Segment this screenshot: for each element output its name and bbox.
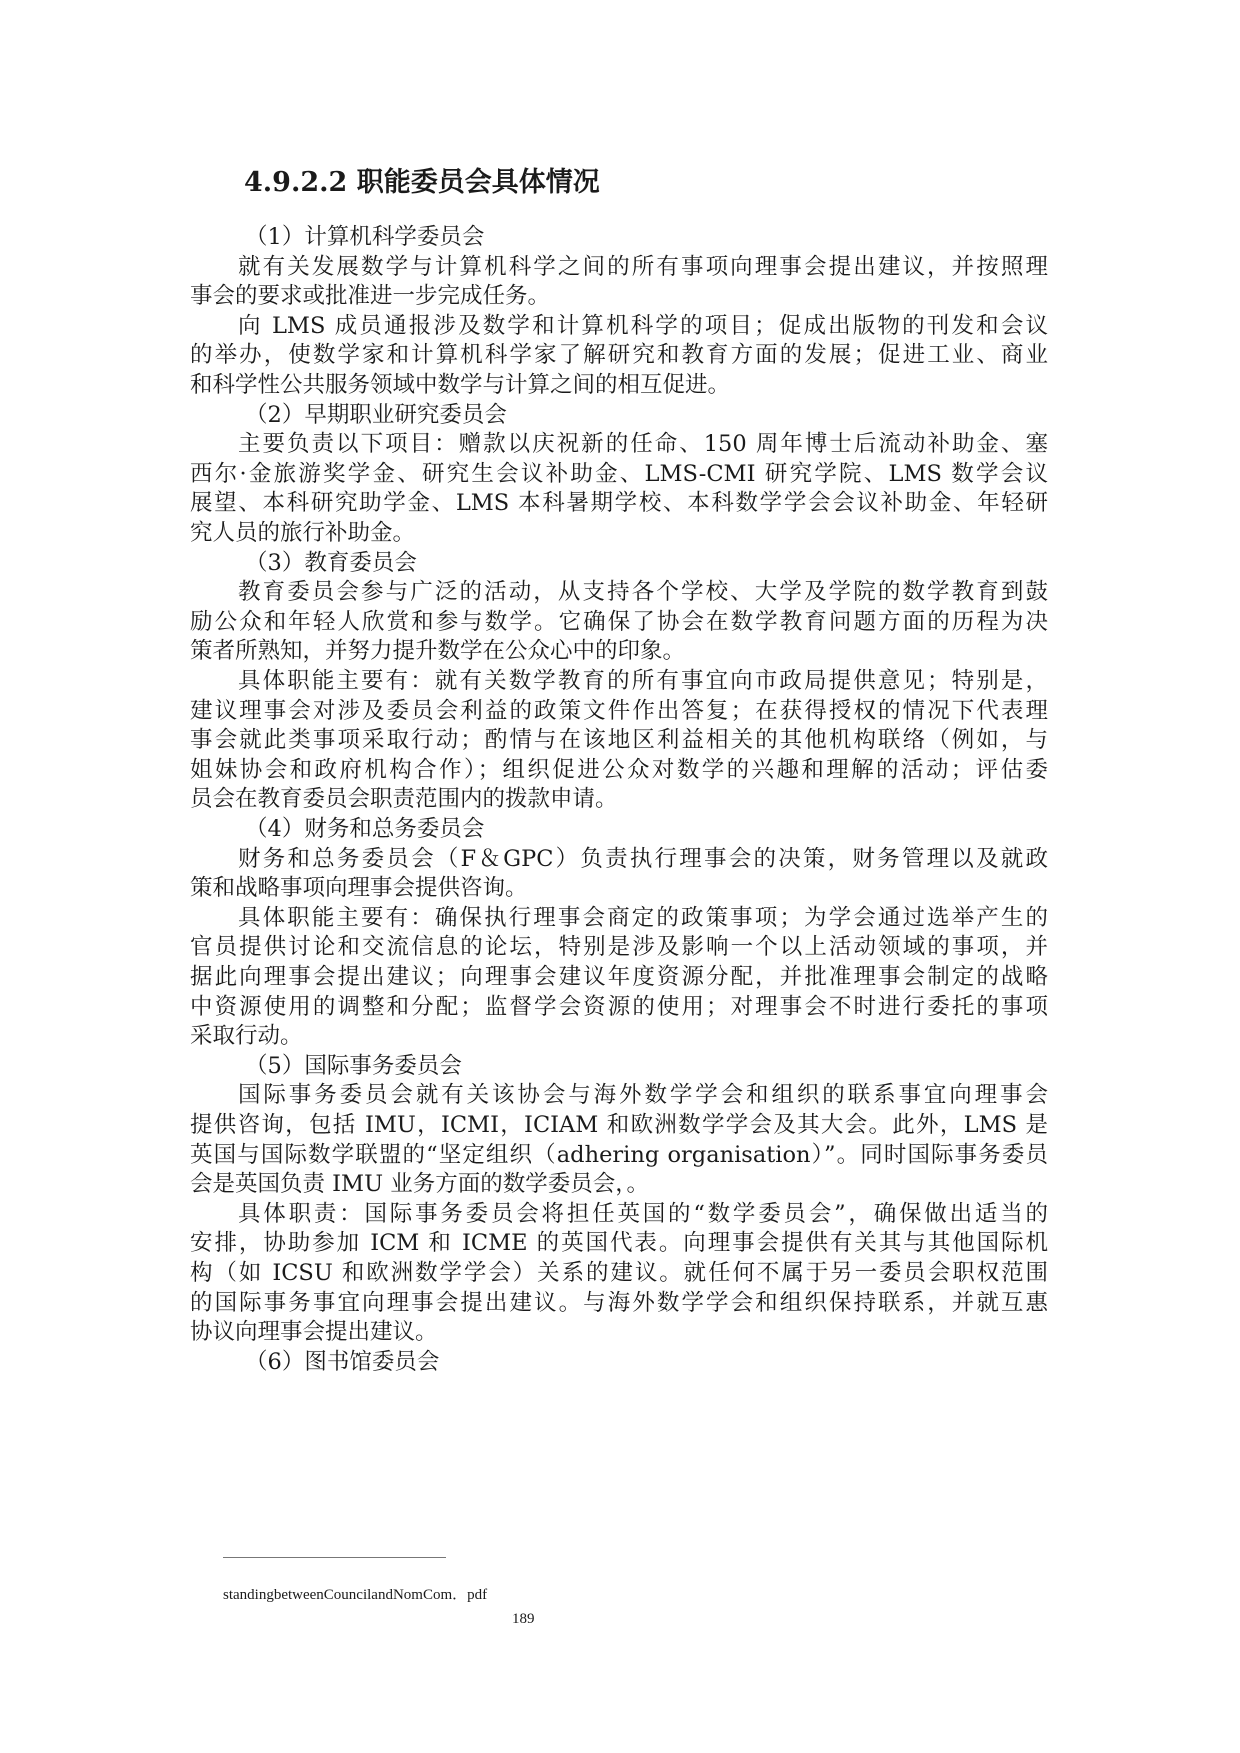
subsection-title: （5）国际事务委员会	[245, 1051, 462, 1081]
text-line: 国际事务委员会就有关该协会与海外数学学会和组织的联系事宜向理事会	[238, 1080, 1048, 1110]
text-line: 教育委员会参与广泛的活动，从支持各个学校、大学及学院的数学教育到鼓	[238, 577, 1048, 607]
text-line: 英国与国际数学联盟的“坚定组织（adhering organisation）”。…	[190, 1140, 1048, 1170]
page-number: 189	[512, 1611, 535, 1628]
subsection-title: （3）教育委员会	[245, 548, 417, 578]
text-line: 策者所熟知，并努力提升数学在公众心中的印象。	[190, 636, 1048, 666]
footnote-divider	[223, 1557, 446, 1558]
text-line: 中资源使用的调整和分配；监督学会资源的使用；对理事会不时进行委托的事项	[190, 992, 1048, 1022]
text-line: 建议理事会对涉及委员会利益的政策文件作出答复；在获得授权的情况下代表理	[190, 696, 1048, 726]
text-line: 员会在教育委员会职责范围内的拨款申请。	[190, 784, 1048, 814]
text-line: 展望、本科研究助学金、LMS 本科暑期学校、本科数学学会会议补助金、年轻研	[190, 488, 1048, 518]
subsection-title: （2）早期职业研究委员会	[245, 400, 507, 430]
subsection-title: （4）财务和总务委员会	[245, 814, 484, 844]
text-line: 的国际事务事宜向理事会提出建议。与海外数学学会和组织保持联系，并就互惠	[190, 1288, 1048, 1318]
text-line: 提供咨询，包括 IMU，ICMI，ICIAM 和欧洲数学学会及其大会。此外，LM…	[190, 1110, 1048, 1140]
text-line: 就有关发展数学与计算机科学之间的所有事项向理事会提出建议，并按照理	[238, 252, 1048, 282]
text-line: 和科学性公共服务领域中数学与计算之间的相互促进。	[190, 370, 1048, 400]
text-line: 采取行动。	[190, 1021, 1048, 1051]
section-heading: 4.9.2.2 职能委员会具体情况	[244, 160, 600, 199]
text-line: 具体职能主要有：确保执行理事会商定的政策事项；为学会通过选举产生的	[238, 903, 1048, 933]
text-line: 西尔·金旅游奖学金、研究生会议补助金、LMS-CMI 研究学院、LMS 数学会议	[190, 459, 1048, 489]
text-line: 主要负责以下项目：赠款以庆祝新的任命、150 周年博士后流动补助金、塞	[238, 429, 1048, 459]
text-line: 安排，协助参加 ICM 和 ICME 的英国代表。向理事会提供有关其与其他国际机	[190, 1228, 1048, 1258]
text-line: 具体职能主要有：就有关数学教育的所有事宜向市政局提供意见；特别是，	[238, 666, 1048, 696]
text-line: 会是英国负责 IMU 业务方面的数学委员会，。	[190, 1169, 1048, 1199]
text-line: 姐妹协会和政府机构合作）；组织促进公众对数学的兴趣和理解的活动；评估委	[190, 755, 1048, 785]
text-line: 事会的要求或批准进一步完成任务。	[190, 281, 1048, 311]
subsection-title: （1）计算机科学委员会	[245, 222, 484, 252]
text-line: 向 LMS 成员通报涉及数学和计算机科学的项目；促成出版物的刊发和会议	[238, 311, 1048, 341]
text-line: 构（如 ICSU 和欧洲数学学会）关系的建议。就任何不属于另一委员会职权范围	[190, 1258, 1048, 1288]
text-line: 励公众和年轻人欣赏和参与数学。它确保了协会在数学教育问题方面的历程为决	[190, 607, 1048, 637]
document-page: 4.9.2.2 职能委员会具体情况 （1）计算机科学委员会就有关发展数学与计算机…	[0, 0, 1240, 1753]
text-line: 具体职责：国际事务委员会将担任英国的“数学委员会”，确保做出适当的	[238, 1199, 1048, 1229]
footnote: standingbetweenCouncilandNomCom．pdf	[223, 1583, 487, 1604]
text-line: 究人员的旅行补助金。	[190, 518, 1048, 548]
text-line: 的举办，使数学家和计算机科学家了解研究和教育方面的发展；促进工业、商业	[190, 340, 1048, 370]
text-line: 官员提供讨论和交流信息的论坛，特别是涉及影响一个以上活动领域的事项，并	[190, 932, 1048, 962]
text-line: 策和战略事项向理事会提供咨询。	[190, 873, 1048, 903]
text-line: 事会就此类事项采取行动；酌情与在该地区利益相关的其他机构联络（例如，与	[190, 725, 1048, 755]
text-line: 据此向理事会提出建议；向理事会建议年度资源分配，并批准理事会制定的战略	[190, 962, 1048, 992]
text-line: 协议向理事会提出建议。	[190, 1317, 1048, 1347]
text-line: 财务和总务委员会（F＆GPC）负责执行理事会的决策，财务管理以及就政	[238, 844, 1048, 874]
subsection-title: （6）图书馆委员会	[245, 1347, 439, 1377]
